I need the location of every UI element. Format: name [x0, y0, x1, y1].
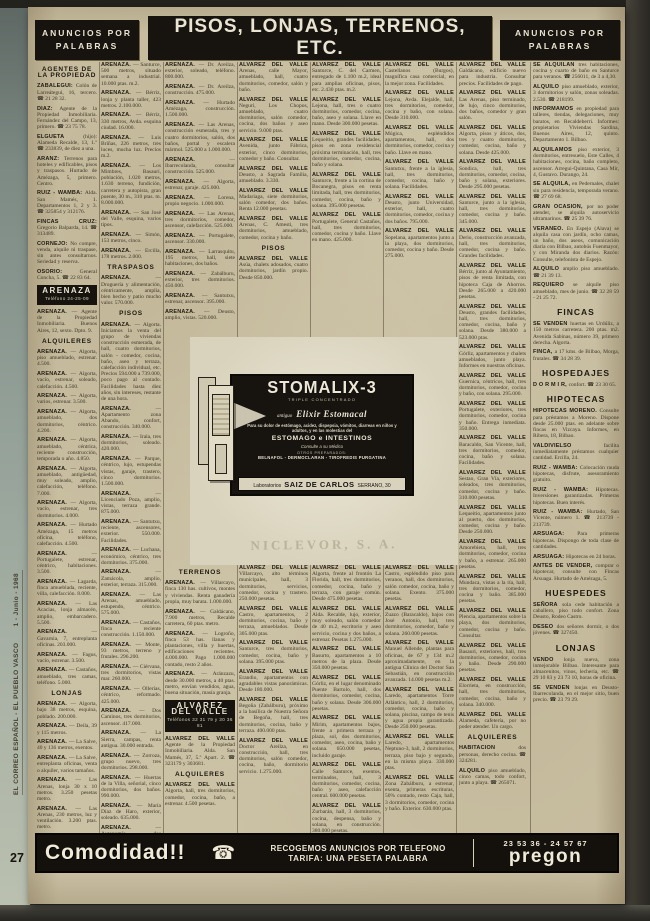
column-4-top: ALVAREZ DEL VALLE Arenas, calle Mayor, a… — [239, 62, 308, 337]
classified-ad: RUIZ - WAMBA: Hurtado, San Vicente, núme… — [533, 509, 619, 528]
classified-ad: ARENAZA. — Las Arenas, tres dormitorios,… — [165, 211, 235, 230]
classified-ad: ARENAZA. — María Díaz de Haro, exterior,… — [101, 803, 161, 822]
classified-ad: ARENAZA. — Castaños, amueblado, tres cam… — [37, 667, 97, 686]
banner-line-1: RECOGEMOS ANUNCIOS POR TELEFONO — [249, 844, 467, 853]
advert-script-line: antiguo Elixir Estomacal — [232, 404, 412, 422]
newspaper-page: ANUNCIOS POR PALABRAS PISOS, LONJAS, TER… — [28, 7, 625, 904]
classified-ad: ARENAZA. — Galdácano, 7.900 metros, Reca… — [165, 609, 235, 628]
column-2: ARENAZA. — Santurce, 500 metros, situado… — [101, 62, 161, 833]
section-header: FINCAS — [533, 309, 619, 315]
stomalix-advert-box: STOMALIX-3 TRIPLE CONCENTRADO antiguo El… — [230, 374, 414, 496]
masthead-right: ANUNCIOS POR PALABRAS — [500, 20, 620, 60]
advert-others-list: BELNAFOL - DERMOCLARAN - TIROFREDIS PURG… — [232, 455, 412, 460]
stomalix-bottle-illustration — [208, 385, 234, 481]
classified-ad: ARANZ: Terrenos para hoteles y edificabl… — [37, 156, 97, 187]
issue-date: 1 - Junio - 1968 — [13, 573, 20, 626]
classified-ad: ARENAZA. — Zorroza, grupo nuevo, tres do… — [101, 753, 161, 772]
classified-ad: ALVAREZ DEL VALLE Zona Zabálburu, a estr… — [385, 775, 454, 812]
classified-ad: ARENAZA. — Larrasquitu, 195 metros, hall… — [165, 249, 235, 268]
classified-ad: ARENAZA. — Santurce, 500 metros, situado… — [101, 62, 161, 87]
classified-ad: ARENAZA. — Portugalete, ascensor. 330.00… — [165, 233, 235, 245]
classified-ad: ALVAREZ DEL VALLE Algorta, hall, tres do… — [165, 782, 235, 807]
classified-ad: ARENAZA. — Algorta, bajo 38 metros, esqu… — [37, 701, 97, 720]
classified-ad: ALVAREZ DEL VALLE Bérriz, junto al Ayunt… — [459, 263, 526, 300]
section-header: TRASPASOS — [101, 265, 161, 271]
classified-ad: ARENAZA. — Lagarda, finca amueblada, rec… — [37, 579, 97, 598]
stomalix-advert-area: STOMALIX-3 TRIPLE CONCENTRADO antiguo El… — [190, 337, 458, 565]
classified-ad: ARENAZA. — Algorta, vacío, estrenar, sol… — [37, 371, 97, 390]
advert-advice-line: Consulte a su Médico — [232, 444, 412, 449]
classified-ad: ALVAREZ DEL VALLE Sestao, Gran Vía, exte… — [459, 470, 526, 501]
classified-ad: ALQUILO piso amueblado, exterior, 3 dorm… — [533, 84, 619, 103]
classified-ad: ARENAZA. — La Sierra, campas, renta anti… — [101, 730, 161, 749]
classified-ad: ARENAZA. — Algorta, piso amueblado, estr… — [37, 349, 97, 368]
classified-ad: ARENAZA. — Las Arenas, amueblado, estupe… — [101, 592, 161, 617]
classified-ad: HIPOTECAS MORENO. Consulte para préstamo… — [533, 408, 619, 439]
classified-ad: ARENAZA. — Lorena, propio negocio. 1.000… — [165, 195, 235, 207]
classified-ad: ALVAREZ DEL VALLE Arenas, calle Mayor, a… — [239, 62, 308, 93]
section-header: HIPOTECAS — [533, 396, 619, 402]
column-4-bottom: ALVAREZ DEL VALLE Villarcayo, alto térmi… — [239, 565, 308, 833]
section-header: ALQUILERES — [165, 772, 235, 778]
agency-logo-box: ARENAZATeléfono 24-25-09 — [37, 285, 97, 305]
classified-ad: ARENAZA. — Villarcayo, finca 130 has. cu… — [165, 580, 235, 605]
classified-ad: ARENAZA. — Licenciado Poza, amplio, vist… — [101, 491, 161, 516]
classified-ad: CORNEJO: No compre, venda, alquile ni tr… — [37, 241, 97, 266]
classified-ad: ARENAZA. — Santutxu, reciente, ascensore… — [101, 519, 161, 544]
classified-ad: ALVAREZ DEL VALLE Santurce, C. del Carme… — [312, 62, 381, 93]
classified-ad: ALVAREZ DEL VALLE Mundaca, vistas a la r… — [459, 574, 526, 605]
classified-ad: ARENAZA. — Algorta, amueblado, dos dormi… — [37, 409, 97, 434]
classified-ad: ALVAREZ DEL VALLE Agente de la Propiedad… — [165, 736, 235, 767]
classified-ad: ALVAREZ DEL VALLE Mirim, apartamentos ba… — [312, 715, 381, 758]
classified-ad: SEÑORA sola cede habitación a caballero,… — [533, 602, 619, 621]
classified-ad: VERANEO. En Espejo (Alava) se alquila ca… — [533, 226, 619, 263]
section-header: LONJAS — [533, 645, 619, 651]
column-divider — [530, 62, 531, 833]
classified-ad: ARSUAGA: Hipotecas en 24 horas. — [533, 554, 619, 560]
classified-ad: ALQUILAMOS piso exterior, 3 dormitorios,… — [533, 147, 619, 178]
classified-ad: ARENAZA. — Monte, 93 metros, terreno y f… — [101, 642, 161, 661]
classified-ad: ALVAREZ DEL VALLE Lequeitio, apartamento… — [459, 505, 526, 536]
classified-ad: ANTES DE VENDER, comprar o hipotecar, co… — [533, 563, 619, 582]
classified-ad: ALVAREZ DEL VALLE Sopelana, apartamentos… — [385, 228, 454, 259]
classified-ad: ALVAREZ DEL VALLE Neguri, Los Chopos, am… — [239, 97, 308, 134]
column-divider — [163, 62, 164, 833]
classified-ad: ALVAREZ DEL VALLE Deusto, grandes facili… — [459, 304, 526, 341]
classified-ad: ALVAREZ DEL VALLE Doctor Areilza, en con… — [239, 738, 308, 775]
classified-ad: INFORMAMOS en propiedad para talleres, t… — [533, 106, 619, 143]
classified-ad: ALVAREZ DEL VALLE Algorta, frente al fro… — [312, 565, 381, 602]
classified-ad: ALVAREZ DEL VALLE Derio, construcción av… — [459, 228, 526, 259]
classified-ad: ARENAZA. — Autonomía, dos dormitorios, r… — [101, 825, 161, 833]
agency-phone: Teléfono 24-25-09 — [38, 296, 96, 302]
classified-ad: RUIZ - WAMBA: Hipotecas. Inversiones gar… — [533, 487, 619, 506]
classified-ad: FINCA, a 17 kms. de Bilbao, Morga, fruta… — [533, 349, 619, 361]
classified-ad: ALVAREZ DEL VALLE Zuazo (Baracaldo), baj… — [385, 606, 454, 637]
classified-ad: ARENAZA. — Ibarrecolanda, consultar cons… — [165, 157, 235, 176]
classified-ad: ALVAREZ DEL VALLE Castro, espléndido pis… — [385, 565, 454, 602]
classified-ad: ALVAREZ DEL VALLE Algorta, pisos y ático… — [459, 125, 526, 156]
classified-ad: SE VENDEN lonjas en Deusto-Ibarrecolanda… — [533, 685, 619, 704]
classified-ad: ARENAZA. — Agente de la Propiedad Inmobi… — [37, 309, 97, 334]
classified-ad: ARENAZA. — Castaños, finca reciente cons… — [101, 620, 161, 639]
classified-ad: ARENAZA. — Deila, 39 y 115 metros. — [37, 723, 97, 735]
classified-ad: ZABALEGUI: Colón de Larreátegui, 16, ter… — [37, 83, 97, 102]
classified-ad: ALQUILO piso amueblado, cinco camas, tod… — [459, 768, 526, 787]
classified-ad: ALVAREZ DEL VALLE Lequeitio, grandes fac… — [312, 131, 381, 168]
telephone-icon: ☎ — [211, 844, 235, 863]
classified-ad: ARENAZA. — Ollerías, céntrico, reformado… — [101, 686, 161, 705]
classified-ad: ARENAZA. — La Salve, 40 y 136 metros, ex… — [37, 739, 97, 751]
classified-ad: ALVAREZ DEL VALLE Laredo, apartamentos N… — [385, 734, 454, 771]
classified-ad: ALVAREZ DEL VALLE Santurce, frente a la … — [312, 172, 381, 209]
column-3-top: ARENAZA. — Dr. Areilza, exterior, solead… — [165, 62, 235, 337]
classified-ad: ALVAREZ DEL VALLE Sondica, hall, tres do… — [459, 159, 526, 190]
classified-ad: ARENAZA. — Algorta, amueblado, antigüeda… — [37, 466, 97, 497]
classified-ad: D O R M I R, confort. ☎ 23 30 65. — [533, 382, 619, 388]
classified-ad: ARENAZA. — Fagus, vacío, estrenar. 3.500… — [37, 652, 97, 664]
column-6-bottom: ALVAREZ DEL VALLE Castro, espléndido pis… — [385, 565, 454, 833]
advert-script-pre: antiguo — [277, 414, 292, 419]
classified-ad: ALVAREZ DEL VALLE Madariaga, siete dormi… — [239, 188, 308, 213]
classified-ad: ALVAREZ DEL VALLE Laredo, apartamentos T… — [385, 687, 454, 730]
banner-brand-block: 23 53 36 - 24 57 67 pregon — [482, 839, 609, 868]
section-header: PISOS — [239, 246, 308, 252]
classified-ad: OSORIO: General Concha, 5. ☎ 22 83 64. — [37, 269, 97, 281]
classified-ad: ALVAREZ DEL VALLE Santutxu, frente a la … — [385, 159, 454, 190]
column-7: ALVAREZ DEL VALLE Galdácano, edificio nu… — [459, 62, 526, 833]
banner-title: Comodidad!! — [45, 841, 185, 865]
classified-ad: ARENAZA. — Irala, tres dormitorios, sole… — [101, 434, 161, 453]
classified-ad: ARENAZA. — Luchana, económico, céntrico,… — [101, 547, 161, 566]
classified-ad: ALVAREZ DEL VALLE Calle Santurce, exento… — [312, 762, 381, 799]
banner-text-block: RECOGEMOS ANUNCIOS POR TELEFONO TARIFA: … — [249, 844, 467, 863]
advert-brand: STOMALIX-3 — [232, 379, 412, 399]
classified-ad: ALVAREZ DEL VALLE Avenida, junto Fábrica… — [239, 137, 308, 162]
column-5-bottom: ALVAREZ DEL VALLE Algorta, frente al fro… — [312, 565, 381, 833]
classified-ad: ALVAREZ DEL VALLE Guernica, céntricos, h… — [459, 373, 526, 398]
classified-ad: ARENAZA. — Las Arenas, construcción esme… — [165, 122, 235, 153]
classified-ad: ARENAZA. — Dr. Areilza, construcción. 47… — [165, 84, 235, 96]
classified-ad: ALVAREZ DEL VALLE Deusto, junto Universi… — [385, 194, 454, 225]
classified-ad: ALVAREZ DEL VALLE Alda. Recalde, lujo, e… — [312, 606, 381, 643]
classified-ad: ALVAREZ DEL VALLE Múgica, espléndidos ap… — [385, 125, 454, 156]
column-1: AGENTES DE LA PROPIEDADZABALEGUI: Colón … — [37, 62, 97, 833]
classified-ad: ALVAREZ DEL VALLE Manuel Allende, planta… — [385, 640, 454, 683]
classified-ad: ARENAZA. — Dr. Areilza, exterior, solead… — [165, 62, 235, 81]
classified-ad: DIAZ: Agente de la Propiedad Inmobiliari… — [37, 106, 97, 131]
classified-ad: ARENAZA. — Parque, céntrico, lujo, estup… — [101, 456, 161, 487]
classified-ad: ALVAREZ DEL VALLE Las Arenas, piso termi… — [459, 90, 526, 121]
section-header: PISOS — [101, 311, 161, 317]
scan-edge-right — [626, 0, 650, 921]
classified-ad: ALVAREZ DEL VALLE Deusto, a Sagrada Fami… — [239, 166, 308, 185]
pregon-banner: Comodidad!! ☎ RECOGEMOS ANUNCIOS POR TEL… — [35, 833, 619, 873]
classified-ad: ARENAZA. — Santutxu, estrenar, ascensor.… — [165, 293, 235, 305]
classified-ad: ALVAREZ DEL VALLE Amorebieta, hall, tres… — [459, 539, 526, 570]
classified-ad: ALVAREZ DEL VALLE Castellanos (Burgos), … — [385, 62, 454, 87]
classified-ad: ARENAZA. — Hurtado Amézaga, 15 metros of… — [37, 522, 97, 547]
classified-ad: ARENAZA. — Las Arenas, 230 metros, luz y… — [37, 806, 97, 831]
classified-ad: ALVAREZ DEL VALLE Elorrieta, en construc… — [459, 677, 526, 708]
classified-ad: ARENAZA. — Ciérvana, tres dormitorios, v… — [101, 664, 161, 683]
classified-ad: ARENAZA. — Portugalete, estrenar, céntri… — [37, 551, 97, 576]
agency-phone: Teléfonos 32 31 79 y 30 36 81 — [166, 717, 234, 729]
classified-ad: ALVAREZ DEL VALLE Zurbarán, hall, 3 dorm… — [312, 803, 381, 833]
classified-ad: ALVAREZ DEL VALLE Górliz, apartamentos y… — [459, 344, 526, 369]
section-header: ALQUILERES — [37, 339, 97, 345]
classified-ad: ALVAREZ DEL VALLE Santurce, tres dormito… — [239, 640, 308, 665]
classified-ad: ARENAZA. — Huertas de la Villa, señorial… — [101, 775, 161, 800]
classified-ad: VALDIVIELSO facilita inmediatamente prés… — [533, 443, 619, 462]
agency-logo-box: ALVAREZ DEL VALLETeléfonos 32 31 79 y 30… — [165, 700, 235, 732]
classified-ad: ARENAZA. — Zamácola, amplio, exterior, t… — [101, 569, 161, 588]
agency-name: ALVAREZ DEL VALLE — [166, 703, 234, 715]
classified-ad: ARENAZA. — San José del Valle, esquina, … — [101, 210, 161, 229]
classified-ad: ALVAREZ DEL VALLE Alameda, cafetería, po… — [459, 712, 526, 731]
classified-ad: ALVAREZ DEL VALLE Begoña (Zabálburu), pr… — [239, 697, 308, 734]
section-header: TERRENOS — [165, 570, 235, 576]
classified-ad: ARENAZA. — Gavarnia, 7, entreplanta ofic… — [37, 629, 97, 648]
banner-brand: pregon — [482, 846, 609, 868]
classified-ad: ARENAZA. — Bérriz, lonja y planta taller… — [101, 90, 161, 109]
classified-ad: ARENAZA. — Hurtado Amézaga, construcción… — [165, 100, 235, 119]
section-header: LONJAS — [37, 691, 97, 697]
classified-ad: ARENAZA. — Algorta. Iniciamos la venta d… — [101, 322, 161, 403]
masthead-left: ANUNCIOS POR PALABRAS — [35, 20, 139, 60]
section-header: HUESPEDES — [533, 590, 619, 596]
classified-ad: ARENAZA. — Logroño, finca 53 has. llanas… — [165, 631, 235, 668]
classified-ad: SE ALQUILA, en Pedernales, chalet sin pa… — [533, 181, 619, 200]
classified-ad: ARENAZA. — Deusto, amplio, vistas. 520.0… — [165, 309, 235, 321]
classified-ad: ALVAREZ DEL VALLE Castro, apartamentos, … — [239, 606, 308, 637]
advert-organs-line: ESTOMAGO e INTESTINOS — [232, 435, 412, 442]
agency-name: ARENAZA — [38, 288, 96, 294]
column-divider — [99, 62, 100, 833]
classified-ad: ARENAZA. — Zabálburu, exterior, tres dor… — [165, 271, 235, 290]
classified-ad: ARSUAGA: Para primeras hipotecas. Dispon… — [533, 531, 619, 550]
classified-ad: ALVAREZ DEL VALLE Plencia, apartamentos … — [459, 608, 526, 639]
classified-ad: ARENAZA. — Dos Caminos, tres dormitorios… — [101, 708, 161, 727]
advert-lab-address: SERRANO, 30 — [358, 483, 391, 489]
classified-ad: ALVAREZ DEL VALLE Basurto, apartamentos … — [312, 646, 381, 671]
classified-ad: ARENAZA. — Los Mimbres, Basauri, poblaci… — [101, 163, 161, 206]
classified-ad: REQUIERO se alquile piso amueblado, mes … — [533, 282, 619, 301]
classified-ad: ARENAZA. — Algorta, estrenar, garaje. 42… — [165, 179, 235, 191]
classified-ad: ALVAREZ DEL VALLE Baracaldo, San Vicente… — [459, 435, 526, 466]
section-header: AGENTES DE LA PROPIEDAD — [37, 67, 97, 79]
classified-ad: ALVAREZ DEL VALLE Arenas, C. Amesti, tre… — [239, 216, 308, 241]
classified-ad: ALVAREZ DEL VALLE Lejona, hall, tres o c… — [312, 97, 381, 128]
classified-ad: ELGUETA (hijo): Alameda Recalde, 13, 1.º… — [37, 134, 97, 153]
newspaper-spine-text: EL CORREO ESPAÑOL - EL PUEBLO VASCO 1 - … — [13, 570, 23, 795]
classified-ad: HABITACION dos personas, derecho cocina.… — [459, 745, 526, 764]
classified-ad: ARENAZA. — Luis Briñas, 226 metros, tres… — [101, 135, 161, 160]
section-header: HOSPEDAJES — [533, 370, 619, 376]
classified-ad: SE VENDEN huertas en Urdúliz, a 150 metr… — [533, 321, 619, 346]
advert-lab-name: SAIZ DE CARLOS — [284, 480, 354, 489]
classified-ad: ARENAZA. — Bérriz, 330 metros, Avda. esq… — [101, 112, 161, 131]
classified-ad: ALVAREZ DEL VALLE Portugalete, General C… — [312, 212, 381, 243]
column-8: SE ALQUILAN tres habitaciones, cocina y … — [533, 62, 619, 833]
classified-ad: SE ALQUILAN tres habitaciones, cocina y … — [533, 62, 619, 81]
newspaper-name: EL CORREO ESPAÑOL - EL PUEBLO VASCO — [13, 643, 20, 795]
classified-ad: DESEO dos señores dormir, o dos jóvenes.… — [533, 624, 619, 636]
classified-ad: ALQUILO amplio piso amueblado. ☎ 21 39 1… — [533, 266, 619, 278]
classified-ad: ARENAZA. — Las Arenas, lonja 30 x 10 met… — [37, 777, 97, 802]
classified-ad: ARENAZA. — Algorta, vacío, estrenar, tre… — [37, 500, 97, 519]
banner-line-2: TARIFA: UNA PESETA PALABRA — [249, 854, 467, 863]
section-header: ALQUILERES — [459, 735, 526, 741]
classified-ad: ARENAZA. — Simón, 153 metros, cinco. — [101, 232, 161, 244]
classified-ad: ALVAREZ DEL VALLE Villarcayo, alto térmi… — [239, 565, 308, 602]
classified-ad: ARENAZA. — Las Acacias, lonja almacén, a… — [37, 601, 97, 626]
classified-ad: ALVAREZ DEL VALLE Lejona, Avda. Elejalde… — [385, 90, 454, 121]
column-3-bottom: TERRENOSARENAZA. — Villarcayo, finca 130… — [165, 565, 235, 833]
classified-ad: ARENAZA. — Aránzazu, desde 30.000 metros… — [165, 671, 235, 696]
banner-divider — [473, 839, 474, 867]
classified-ad: ARENAZA. — Ercilla, 178 metros. 2.000. — [101, 248, 161, 260]
column-5-top: ALVAREZ DEL VALLE Santurce, C. del Carme… — [312, 62, 381, 337]
classified-ad: RUIZ - WAMBA: Colocación rauda hipotecas… — [533, 465, 619, 484]
classified-ad: VENDO lonja nueva, zona inmejorable Bilb… — [533, 657, 619, 682]
classified-ad: ALVAREZ DEL VALLE Santurce, junto a la i… — [459, 194, 526, 225]
classified-ad: ARENAZA. — Algorta, amueblado, céntrica,… — [37, 437, 97, 462]
classified-ad: ALVAREZ DEL VALLE Galdácano, edificio nu… — [459, 62, 526, 87]
classified-ad: RUIZ - WAMBA: Alda. San Mamés, 1. Depart… — [37, 190, 97, 215]
bleedthrough-watermark: NICLEVOR, S. A. — [190, 536, 458, 555]
classified-ad: ALVAREZ DEL VALLE Górliz, en el lugar de… — [312, 675, 381, 712]
classified-ad: ARENAZA. — Algorta, varios, estrenar. 3.… — [37, 393, 97, 405]
column-6-top: ALVAREZ DEL VALLE Castellanos (Burgos), … — [385, 62, 454, 337]
masthead-title: PISOS, LONJAS, TERRENOS, ETC. — [148, 16, 492, 60]
classified-ad: ALVAREZ DEL VALLE Basauri, exteriores, h… — [459, 643, 526, 674]
advert-lab-strip: Laboratorios SAIZ DE CARLOS SERRANO, 30 — [238, 477, 406, 491]
classified-ad: ARENAZA. — La Salve, entreplanta oficina… — [37, 755, 97, 774]
classified-ad: GRAN OCASION, por no poder atender, se a… — [533, 204, 619, 223]
classified-ad: ALVAREZ DEL VALLE Erandio, apartamentos … — [239, 669, 308, 694]
scan-edge-bottom — [0, 905, 650, 921]
classified-ad: ALVAREZ DEL VALLE Asúa, chalets adosados… — [239, 256, 308, 281]
advert-script-main: Elixir Estomacal — [296, 409, 367, 419]
advert-lab-pre: Laboratorios — [253, 483, 281, 489]
classified-ad: ARENAZA. — Apartamento zona Abando, conf… — [101, 406, 161, 431]
page-number: 27 — [10, 851, 24, 865]
classified-ad: FINCAS CRUZ: Gregorio Balparda, 14. ☎ 31… — [37, 219, 97, 238]
classified-ad: ALVAREZ DEL VALLE Portugalete, exteriore… — [459, 401, 526, 432]
classified-ad: ARENAZA. — Droguería y alimentación, cén… — [101, 275, 161, 306]
